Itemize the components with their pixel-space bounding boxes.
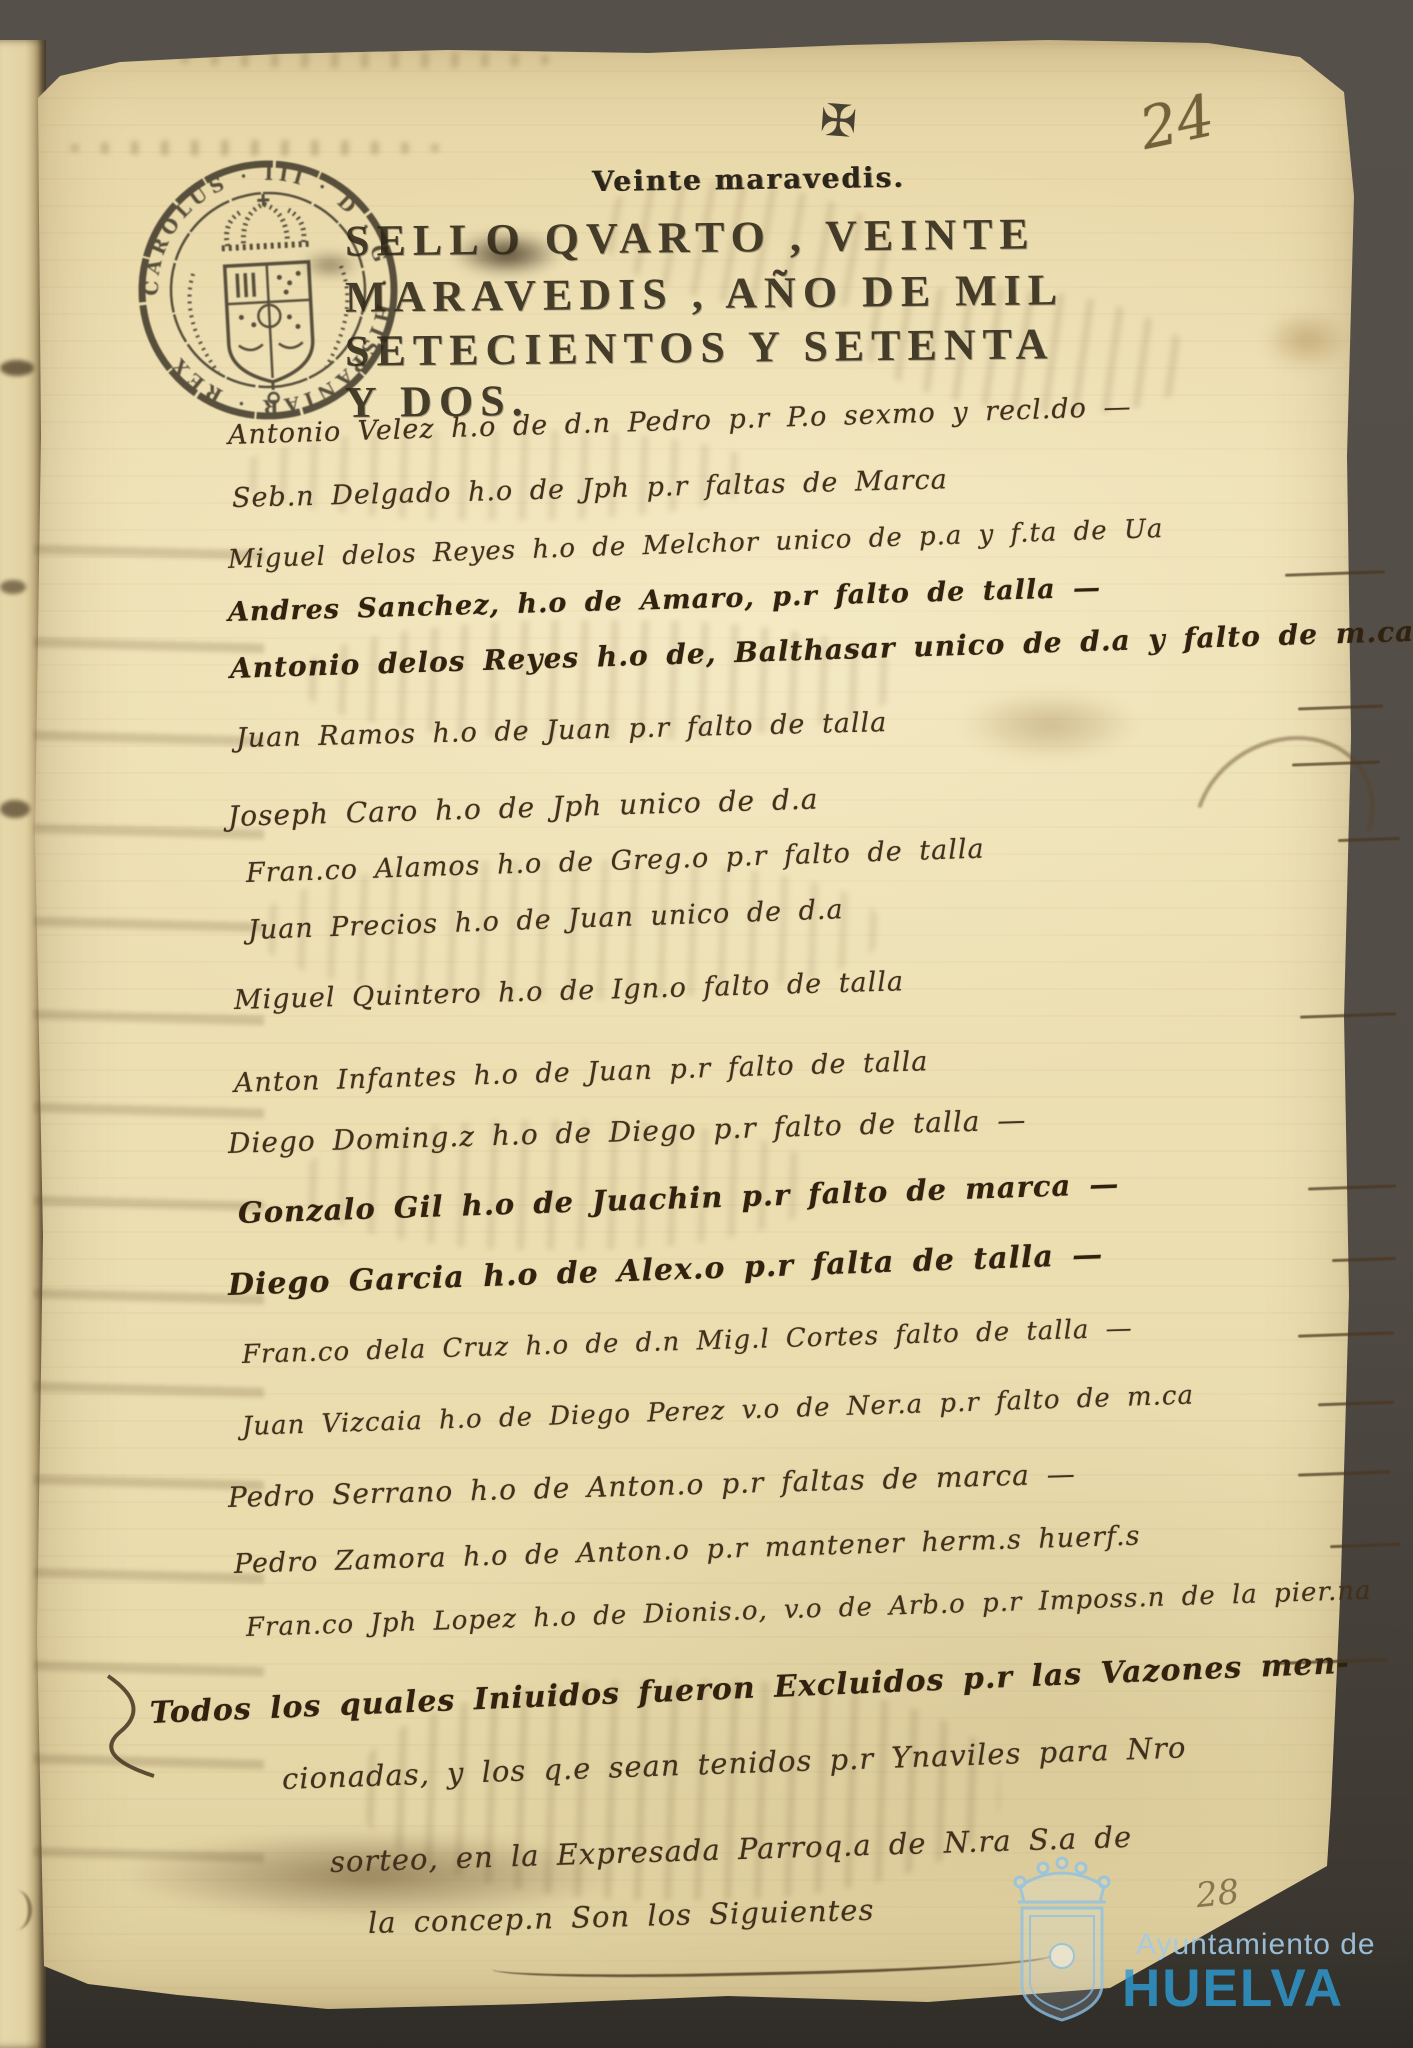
watermark-archive-name: Ayuntamiento de xyxy=(1136,1928,1376,1962)
watermark-city-name: HUELVA xyxy=(1122,1958,1344,2019)
gutter-ink-mark xyxy=(0,800,30,818)
paper-stain xyxy=(1262,310,1352,370)
printed-header-line: SETECIENTOS Y SETENTA xyxy=(345,318,1055,376)
gutter-ink-mark xyxy=(0,360,34,376)
gutter-ink-mark xyxy=(0,1890,32,1930)
gutter-ink-mark xyxy=(0,580,26,594)
printed-header-line: MARAVEDIS , AÑO DE MIL xyxy=(345,264,1065,323)
printed-tax-line: Veinte maravedis. xyxy=(592,161,905,198)
printed-cross-mark: ✠ xyxy=(818,95,858,148)
bleedthrough-smear xyxy=(170,52,570,68)
scanned-manuscript-page: { "scan": { "folio_number": "24", "penci… xyxy=(0,0,1413,2048)
printed-header-line: SELLO QVARTO , VEINTE xyxy=(345,208,1036,266)
pencil-number: 28 xyxy=(1194,1872,1241,1916)
paper-stain xyxy=(960,690,1140,760)
huelva-coat-of-arms-watermark xyxy=(1006,1852,1118,2030)
